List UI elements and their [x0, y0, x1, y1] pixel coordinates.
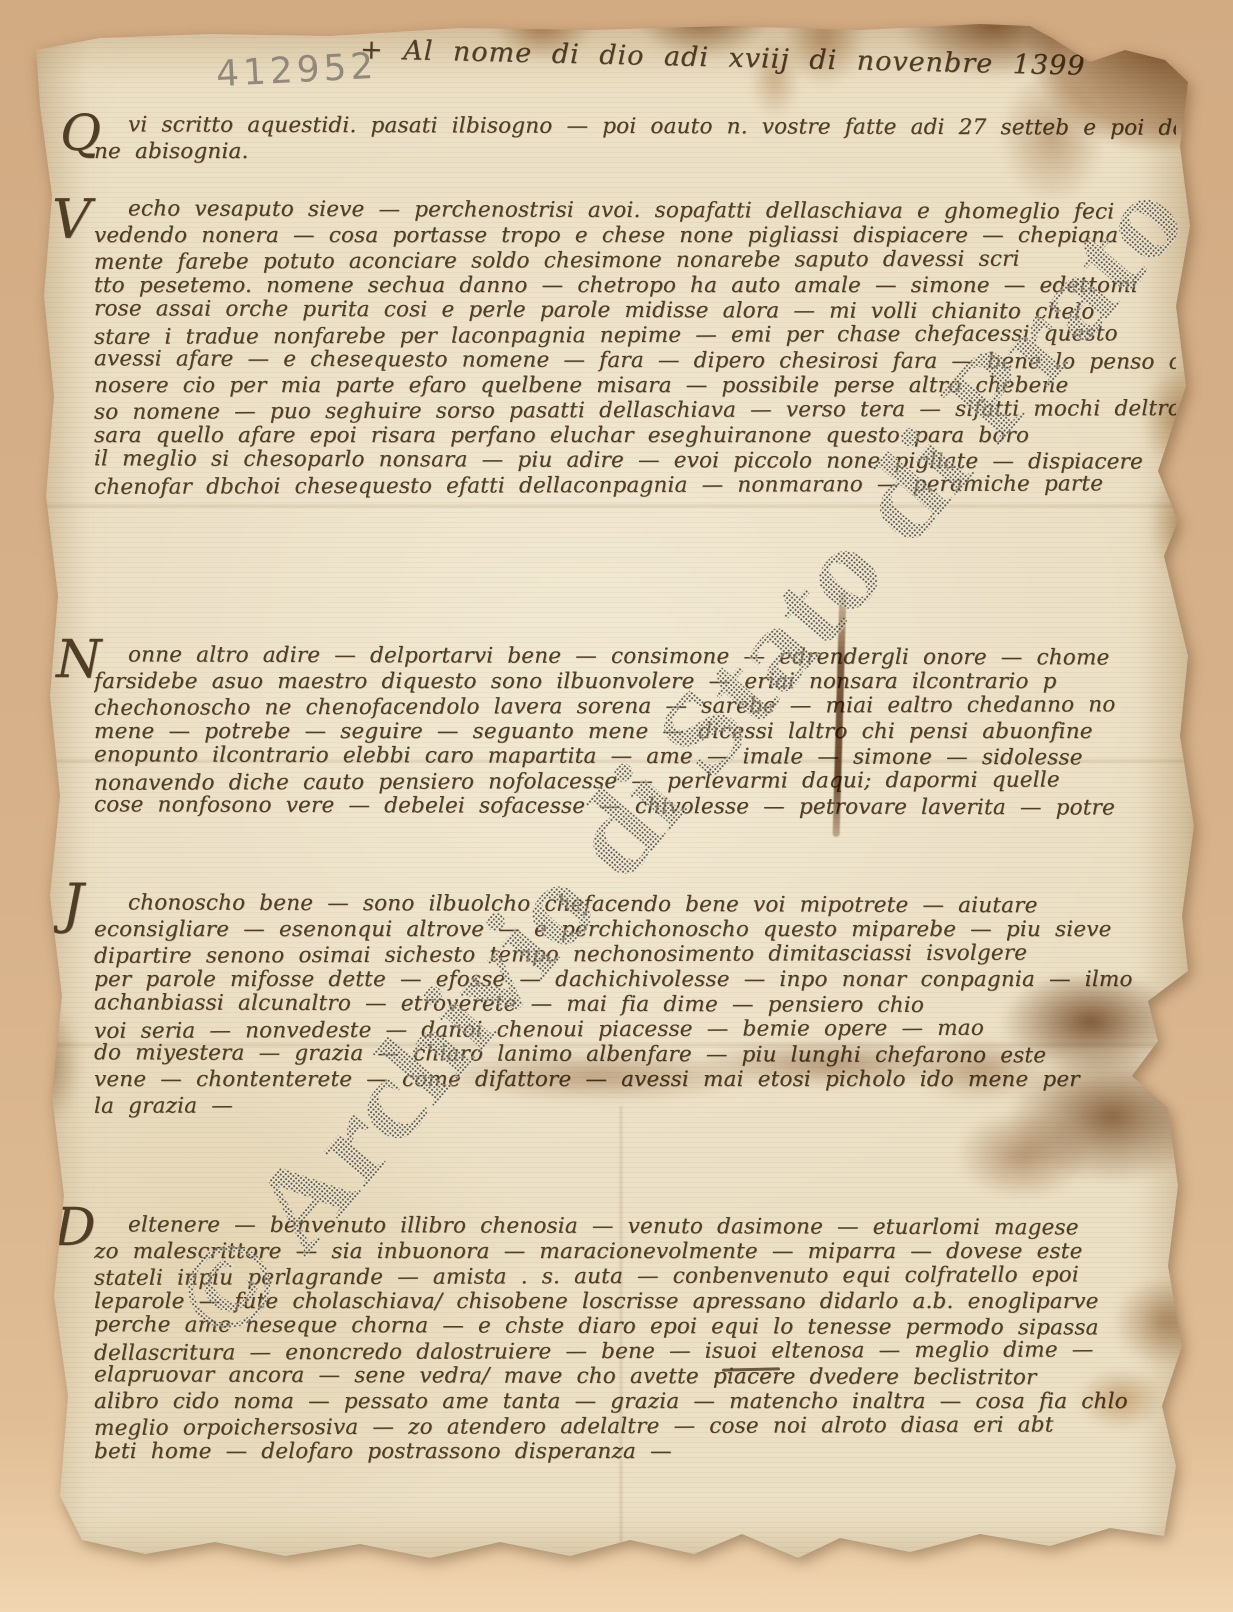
manuscript-line: il meglio si chesoparlo nonsara — piu ad…	[94, 446, 1176, 474]
paragraph: vi scritto aquestidi. pasati ilbisogno —…	[94, 114, 1176, 164]
manuscript-line: sara quello afare epoi risara perfano el…	[94, 423, 1176, 448]
manuscript-line: chonoscho bene — sono ilbuolcho chefacen…	[94, 890, 1176, 918]
manuscript-line: vene — chontenterete — come difattore — …	[94, 1067, 1176, 1092]
manuscript-line: nonavendo diche cauto pensiero nofolaces…	[94, 767, 1176, 796]
manuscript-line: enopunto ilcontrario elebbi caro maparti…	[94, 742, 1176, 770]
manuscript-line: avessi afare — e chesequesto nomene — fa…	[94, 346, 1176, 374]
manuscript-paper: 412952 + Al nome di dio adi xviij di nov…	[30, 16, 1198, 1578]
manuscript-line: mene — potrebe — seguire — seguanto mene…	[94, 719, 1176, 744]
manuscript-line: voi seria — nonvedeste — danoi chenoui p…	[94, 1015, 1176, 1044]
manuscript-line: alibro cido noma — pessato ame tanta — g…	[94, 1389, 1176, 1414]
paragraph: echo vesaputo sieve — perchenostrisi avo…	[94, 198, 1176, 498]
manuscript-line: leparole — fute cholaschiava/ chisobene …	[94, 1289, 1176, 1314]
manuscript-line: dipartire senono osimai sichesto tempo n…	[94, 940, 1176, 969]
ink-layer: 412952 + Al nome di dio adi xviij di nov…	[30, 16, 1198, 1578]
manuscript-line: vi scritto aquestidi. pasati ilbisogno —…	[94, 112, 1176, 140]
manuscript-line: beti home — delofaro postrassono dispera…	[94, 1439, 1176, 1464]
paragraph-initial: Q	[60, 104, 101, 162]
manuscript-line: so nomene — puo seghuire sorso pasatti d…	[94, 396, 1176, 425]
manuscript-line: vedendo nonera — cosa portasse tropo e c…	[94, 223, 1176, 248]
manuscript-line: chechonoscho ne chenofacendolo lavera so…	[94, 692, 1176, 721]
manuscript-line: mente farebe potuto aconciare soldo ches…	[94, 246, 1176, 275]
paragraph-initial: D	[54, 1198, 96, 1258]
manuscript-line: eltenere — benvenuto illibro chenosia — …	[94, 1212, 1176, 1240]
manuscript-line: tto pesetemo. nomene sechua danno — chet…	[94, 273, 1176, 298]
manuscript-line: farsidebe asuo maestro diquesto sono ilb…	[94, 669, 1176, 694]
paragraph-initial: J	[62, 872, 84, 935]
manuscript-line: achanbiassi alcunaltro — etroverete — ma…	[94, 990, 1176, 1018]
scanned-manuscript: 412952 + Al nome di dio adi xviij di nov…	[0, 0, 1233, 1612]
manuscript-line: echo vesaputo sieve — perchenostrisi avo…	[94, 196, 1176, 224]
manuscript-line: rose assai orche purita cosi e perle par…	[94, 296, 1176, 324]
manuscript-line: stateli inpiu perlagrande — amista . s. …	[94, 1262, 1176, 1291]
manuscript-line: stare i tradue nonfarebe per laconpagnia…	[94, 321, 1176, 350]
manuscript-line: do miyestera — grazia — chiaro lanimo al…	[94, 1040, 1176, 1068]
manuscript-line: perche ame neseque chorna — e chste diar…	[94, 1312, 1176, 1340]
manuscript-line: per parole mifosse dette — efosse — dach…	[94, 967, 1176, 992]
paragraph-initial: V	[52, 188, 91, 251]
manuscript-line: elapruovar ancora — sene vedra/ mave cho…	[94, 1362, 1176, 1390]
manuscript-line: ne abisognia.	[94, 139, 1176, 164]
manuscript-line: nosere cio per mia parte efaro quelbene …	[94, 373, 1176, 398]
paragraph: onne altro adire — delportarvi bene — co…	[94, 644, 1176, 819]
manuscript-line: dellascritura — enoncredo dalostruiere —…	[94, 1337, 1176, 1366]
archival-number: 412952	[215, 46, 378, 95]
manuscript-line: la grazia —	[94, 1090, 1176, 1119]
header-dateline: + Al nome di dio adi xviij di novenbre 1…	[360, 34, 1041, 80]
paragraph-initial: N	[56, 630, 102, 690]
manuscript-line: zo malescrittore — sia inbuonora — marac…	[94, 1239, 1176, 1264]
manuscript-line: onne altro adire — delportarvi bene — co…	[94, 642, 1176, 670]
paragraph: eltenere — benvenuto illibro chenosia — …	[94, 1214, 1176, 1464]
manuscript-line: meglio orpoichersosiva — zo atendero ade…	[94, 1412, 1176, 1441]
paper-wrap: 412952 + Al nome di dio adi xviij di nov…	[30, 16, 1198, 1578]
manuscript-line: cose nonfosono vere — debelei sofacesse …	[94, 792, 1176, 820]
manuscript-line: chenofar dbchoi chesequesto efatti della…	[94, 471, 1176, 500]
paragraph: chonoscho bene — sono ilbuolcho chefacen…	[94, 892, 1176, 1117]
manuscript-line: econsigliare — esenonqui altrove — e per…	[94, 917, 1176, 942]
